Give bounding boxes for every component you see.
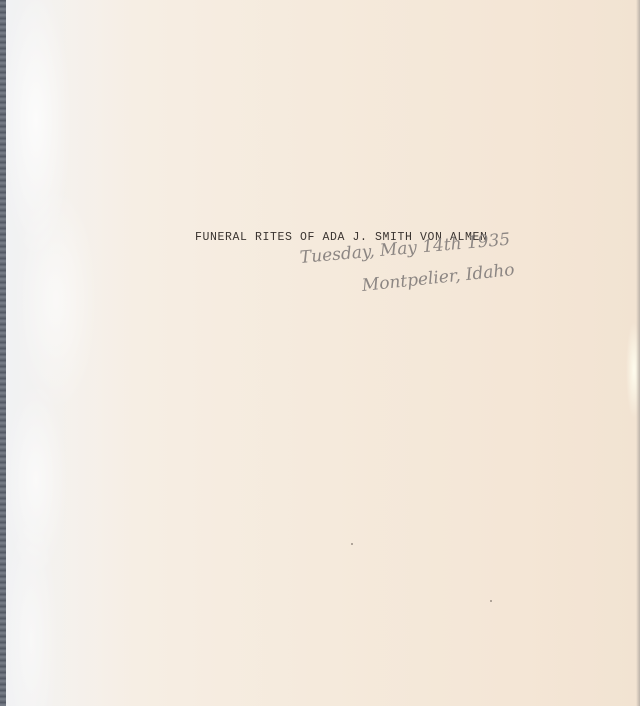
paper-speck [351, 543, 353, 545]
paper-speck [490, 600, 492, 602]
page-right-edge [636, 0, 640, 706]
plastic-sleeve-glare [6, 0, 136, 706]
photo-scene: FUNERAL RITES OF ADA J. SMITH VON ALMEN … [0, 0, 640, 706]
